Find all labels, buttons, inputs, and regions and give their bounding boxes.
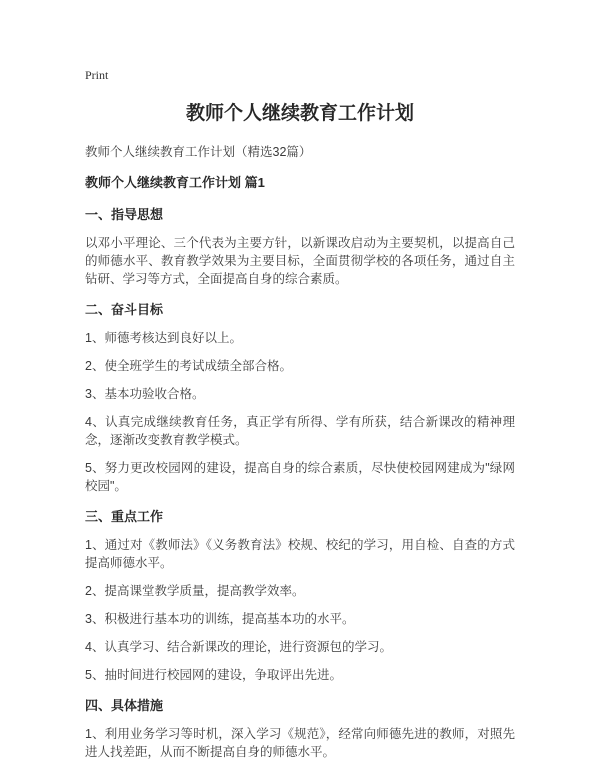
paragraph: 1、师德考核达到良好以上。 [85, 329, 515, 347]
document-page: Print 教师个人继续教育工作计划 教师个人继续教育工作计划（精选32篇） 教… [0, 0, 600, 776]
page-title: 教师个人继续教育工作计划 [85, 101, 515, 127]
paragraph: 5、抽时间进行校园网的建设，争取评出先进。 [85, 666, 515, 684]
paragraph: 2、使全班学生的考试成绩全部合格。 [85, 357, 515, 375]
print-button[interactable]: Print [85, 68, 108, 83]
paragraph: 1、通过对《教师法》《义务教育法》校规、校纪的学习，用自检、自查的方式提高师德水… [85, 536, 515, 572]
paragraph: 4、认真完成继续教育任务，真正学有所得、学有所获，结合新课改的精神理念，逐渐改变… [85, 413, 515, 449]
section-heading: 二、奋斗目标 [85, 301, 515, 319]
paragraph: 1、利用业务学习等时机，深入学习《规范》，经常向师德先进的教师，对照先进人找差距… [85, 725, 515, 761]
section-heading: 四、具体措施 [85, 697, 515, 715]
section-heading: 一、指导思想 [85, 206, 515, 224]
paragraph: 以邓小平理论、三个代表为主要方针，以新课改启动为主要契机，以提高自己的师德水平、… [85, 234, 515, 288]
paragraph: 5、努力更改校园网的建设，提高自身的综合素质，尽快使校园网建成为"绿网校园"。 [85, 459, 515, 495]
paragraph: 3、基本功验收合格。 [85, 385, 515, 403]
paragraph: 2、提高课堂教学质量，提高教学效率。 [85, 582, 515, 600]
section-heading: 三、重点工作 [85, 508, 515, 526]
paragraph: 4、认真学习、结合新课改的理论，进行资源包的学习。 [85, 638, 515, 656]
paragraph: 3、积极进行基本功的训练，提高基本功的水平。 [85, 610, 515, 628]
article-heading: 教师个人继续教育工作计划 篇1 [85, 174, 515, 192]
document-subtitle: 教师个人继续教育工作计划（精选32篇） [85, 143, 515, 161]
